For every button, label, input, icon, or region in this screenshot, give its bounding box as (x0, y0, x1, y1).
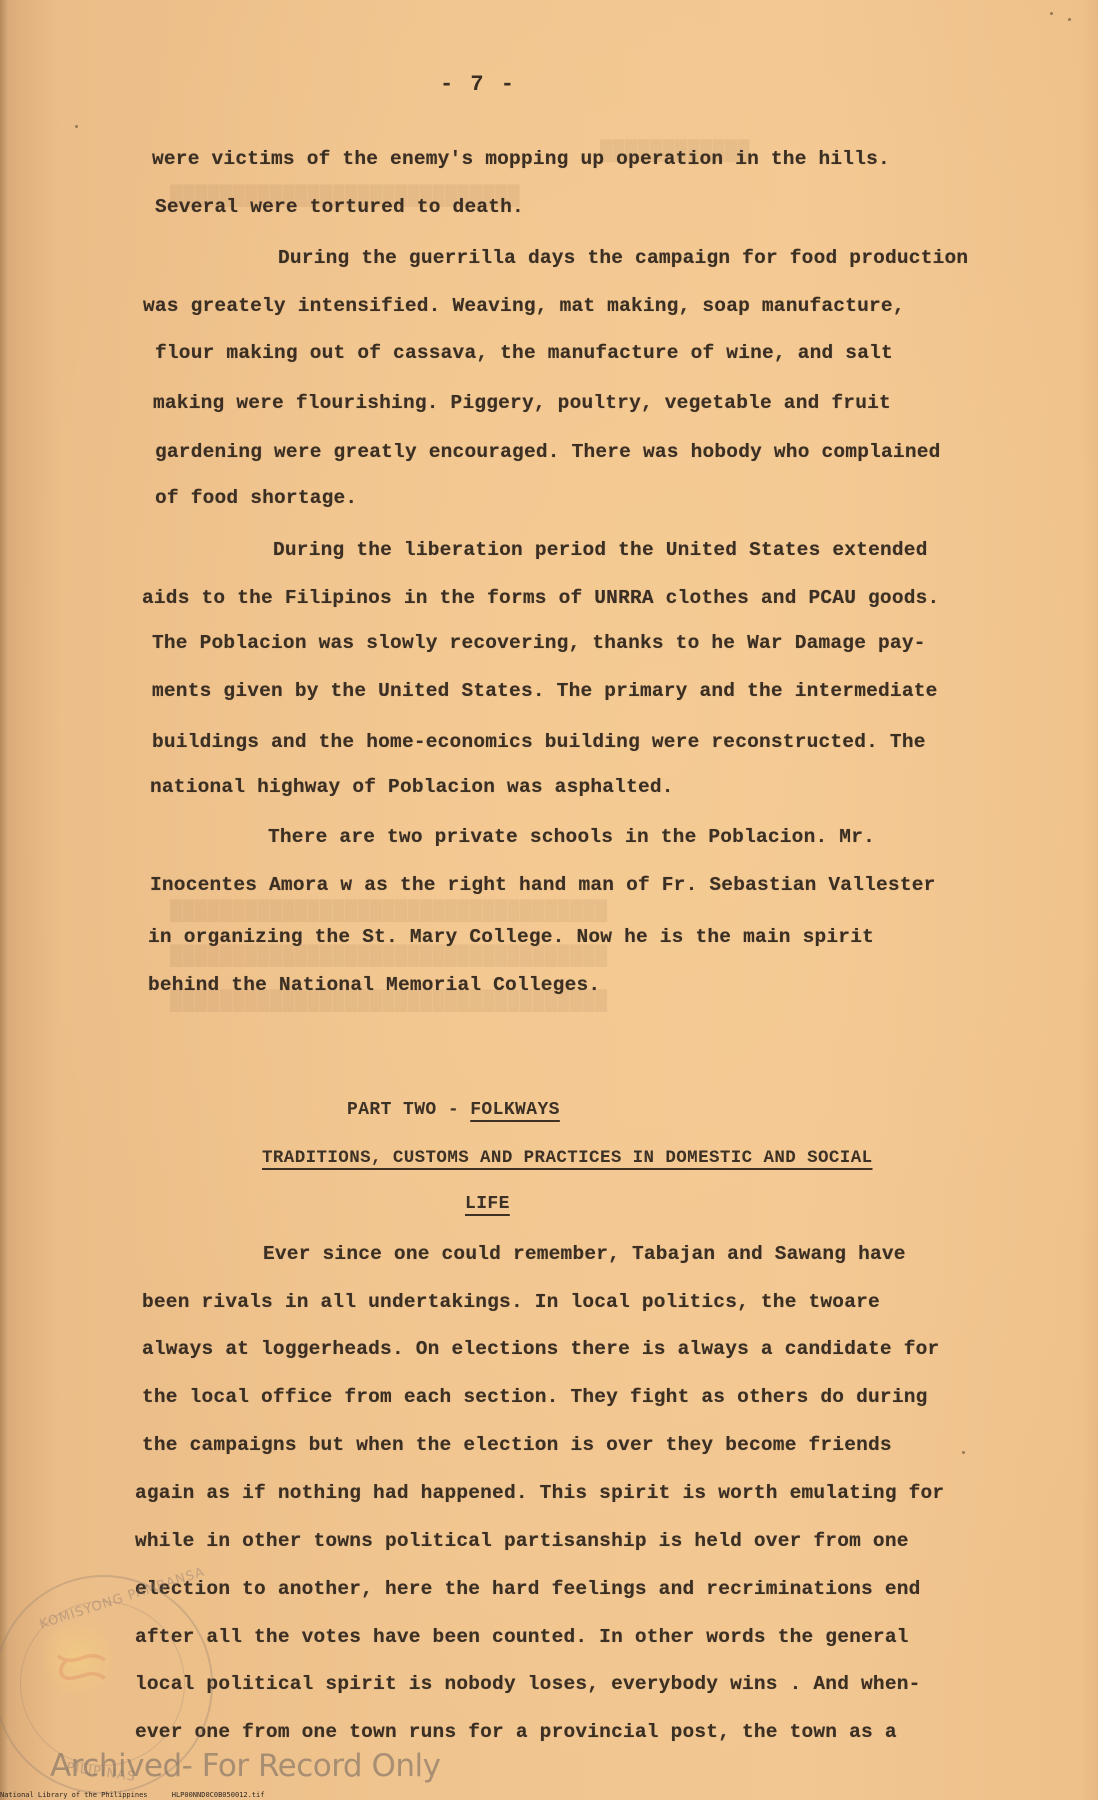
archive-watermark: Archived- For Record Only (50, 1748, 440, 1784)
text-line: again as if nothing had happened. This s… (135, 1482, 944, 1504)
text-line: During the guerrilla days the campaign f… (278, 247, 968, 269)
text-line: the local office from each section. They… (142, 1386, 928, 1408)
bleed-through-text: ███████████████████████████████████ (170, 945, 608, 968)
text-line: Ever since one could remember, Tabajan a… (263, 1243, 906, 1265)
text-line: behind the National Memorial Colleges. (148, 974, 600, 996)
text-line: of food shortage. (155, 487, 357, 509)
footer-file-id: HLP00NND0C0B050012.tif (172, 1791, 265, 1799)
text-line: ments given by the United States. The pr… (152, 680, 938, 702)
text-line: The Poblacion was slowly recovering, tha… (152, 632, 926, 654)
text-line: buildings and the home-economics buildin… (152, 731, 926, 753)
text-line: the campaigns but when the election is o… (142, 1434, 892, 1456)
footer-library-name: National Library of the Philippines (0, 1791, 148, 1799)
bleed-through-text: ███████████████████████████████████ (170, 900, 608, 923)
baybayin-glyph-icon: ᜇ (54, 1629, 109, 1700)
text-line: were victims of the enemy's mopping up o… (152, 148, 890, 170)
section-heading-title: FOLKWAYS (470, 1100, 560, 1120)
text-line: aids to the Filipinos in the forms of UN… (142, 587, 939, 609)
text-line: was greately intensified. Weaving, mat m… (143, 295, 905, 317)
text-line: There are two private schools in the Pob… (268, 826, 875, 848)
text-line: Several were tortured to death. (155, 196, 524, 218)
paper-spot (962, 1451, 965, 1454)
scan-footer: National Library of the Philippines HLP0… (0, 1791, 284, 1799)
page-number: - 7 - (440, 72, 516, 97)
text-line: election to another, here the hard feeli… (135, 1578, 921, 1600)
paper-spot (1068, 18, 1071, 21)
section-heading-prefix: PART TWO - (347, 1100, 470, 1120)
page-binding-edge (0, 0, 8, 1800)
section-subtitle-continued: LIFE (465, 1194, 510, 1214)
paper-spot (1050, 12, 1053, 15)
text-line: been rivals in all undertakings. In loca… (142, 1291, 880, 1313)
paper-spot (75, 125, 78, 128)
section-heading: PART TWO - FOLKWAYS (347, 1100, 560, 1120)
text-line: after all the votes have been counted. I… (135, 1626, 909, 1648)
text-line: while in other towns political partisans… (135, 1530, 909, 1552)
text-line: gardening were greatly encouraged. There… (155, 441, 941, 463)
text-line: During the liberation period the United … (273, 539, 928, 561)
text-line: national highway of Poblacion was asphal… (150, 776, 674, 798)
section-subtitle: TRADITIONS, CUSTOMS AND PRACTICES IN DOM… (262, 1148, 873, 1168)
text-line: Inocentes Amora w as the right hand man … (150, 874, 936, 896)
text-line: making were flourishing. Piggery, poultr… (153, 392, 891, 414)
text-line: flour making out of cassava, the manufac… (155, 342, 893, 364)
text-line: in organizing the St. Mary College. Now … (148, 926, 874, 948)
text-line: ever one from one town runs for a provin… (135, 1721, 897, 1743)
text-line: local political spirit is nobody loses, … (135, 1673, 921, 1695)
text-line: always at loggerheads. On elections ther… (142, 1338, 939, 1360)
